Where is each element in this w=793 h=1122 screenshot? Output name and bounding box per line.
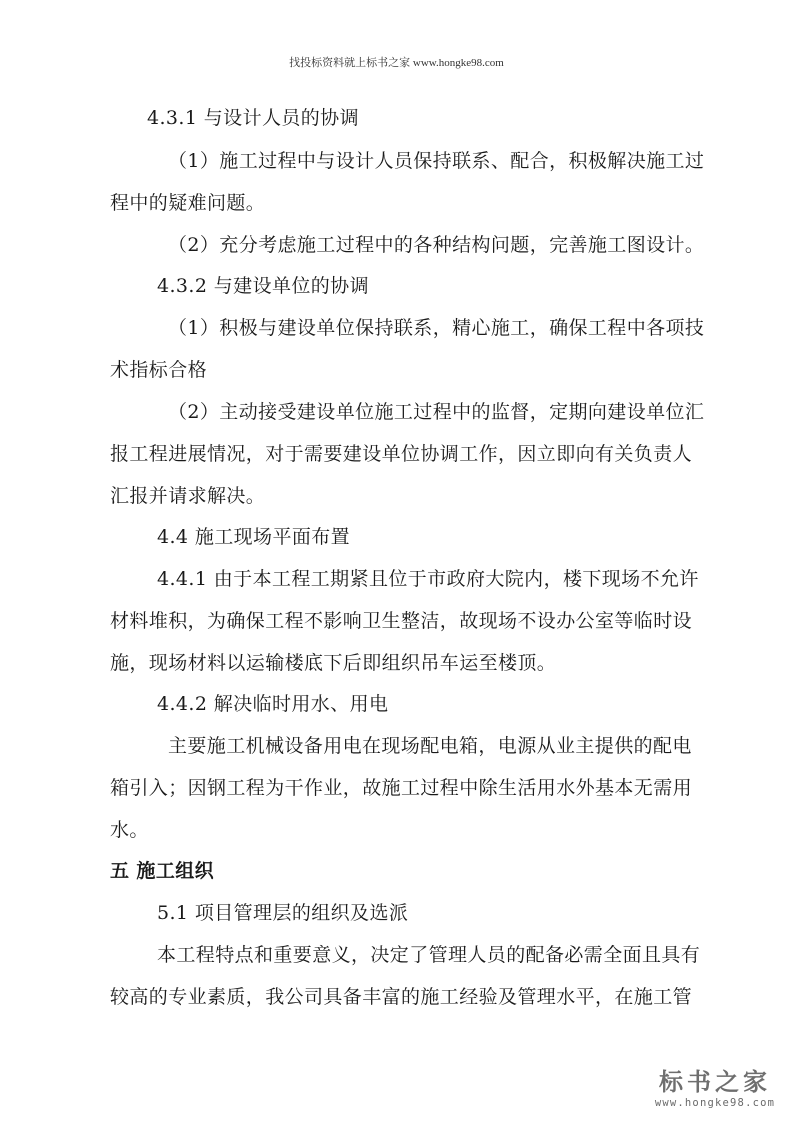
- heading-4-4: 4.4 施工现场平面布置: [157, 525, 727, 549]
- paragraph-line: 施，现场材料以运输楼底下后即组织吊车运至楼顶。: [110, 651, 680, 675]
- paragraph-line: 4.4.1 由于本工程工期紧且位于市政府大院内，楼下现场不允许: [157, 567, 727, 591]
- heading-section-5: 五 施工组织: [110, 859, 680, 883]
- paragraph-line: 程中的疑难问题。: [110, 191, 680, 215]
- paragraph-line: （1）施工过程中与设计人员保持联系、配合，积极解决施工过: [168, 149, 738, 173]
- paragraph-line: 较高的专业素质，我公司具备丰富的施工经验及管理水平，在施工管: [110, 985, 680, 1009]
- heading-4-3-1: 4.3.1 与设计人员的协调: [147, 106, 717, 130]
- paragraph-line: 主要施工机械设备用电在现场配电箱，电源从业主提供的配电: [168, 734, 738, 758]
- heading-5-1: 5.1 项目管理层的组织及选派: [157, 901, 727, 925]
- heading-4-4-2: 4.4.2 解决临时用水、用电: [157, 692, 727, 716]
- paragraph-line: 箱引入；因钢工程为干作业，故施工过程中除生活用水外基本无需用: [110, 776, 680, 800]
- logo-title: 标书之家: [640, 1068, 790, 1096]
- paragraph-line: （1）积极与建设单位保持联系，精心施工，确保工程中各项技: [168, 316, 738, 340]
- paragraph-line: 材料堆积，为确保工程不影响卫生整洁，故现场不设办公室等临时设: [110, 609, 680, 633]
- paragraph-line: （2）充分考虑施工过程中的各种结构问题，完善施工图设计。: [168, 233, 738, 257]
- paragraph-line: 本工程特点和重要意义，决定了管理人员的配备必需全面且具有: [157, 943, 727, 967]
- header-watermark: 找投标资料就上标书之家 www.hongke98.com: [0, 54, 793, 70]
- logo-url: www.hongke98.com: [640, 1096, 790, 1110]
- paragraph-line: 术指标合格: [110, 358, 680, 382]
- paragraph-line: 报工程进展情况，对于需要建设单位协调工作，因立即向有关负责人: [110, 442, 680, 466]
- paragraph-line: （2）主动接受建设单位施工过程中的监督，定期向建设单位汇: [168, 400, 738, 424]
- paragraph-line: 汇报并请求解决。: [110, 484, 680, 508]
- heading-4-3-2: 4.3.2 与建设单位的协调: [157, 274, 727, 298]
- paragraph-line: 水。: [110, 818, 680, 842]
- site-logo: 标书之家 www.hongke98.com: [640, 1068, 790, 1110]
